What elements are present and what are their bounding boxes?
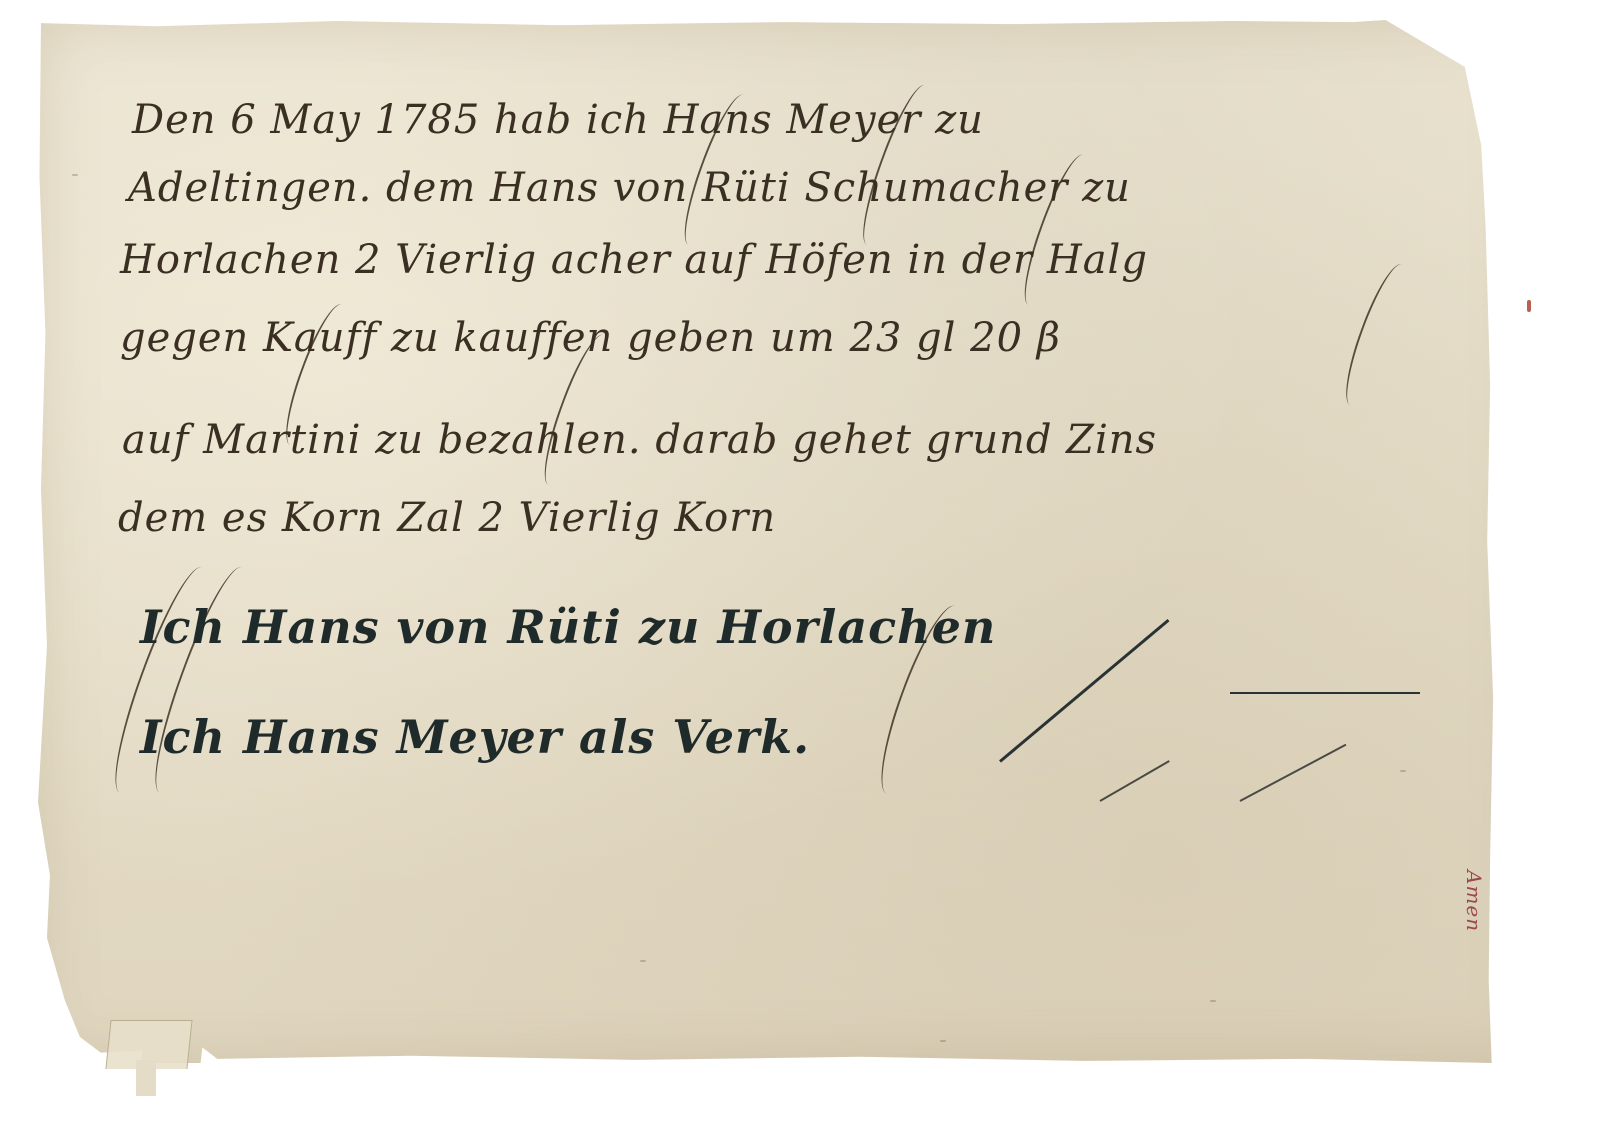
paper-speck: [1210, 1000, 1216, 1002]
paper-tab: [136, 1060, 156, 1096]
signature-buyer: Ich Hans von Rüti zu Horlachen: [140, 600, 996, 654]
text-line-5: auf Martini zu bezahlen. darab gehet gru…: [122, 420, 1157, 460]
text-line-1: Den 6 May 1785 hab ich Hans Meyer zu: [132, 100, 984, 140]
margin-note: Amen: [1462, 870, 1486, 932]
paper-speck: [1400, 770, 1406, 772]
text-line-2: Adeltingen. dem Hans von Rüti Schumacher…: [128, 168, 1131, 208]
paper-speck: [940, 1040, 946, 1042]
signature-flourish: [1230, 692, 1420, 694]
text-line-3: Horlachen 2 Vierlig acher auf Höfen in d…: [120, 240, 1148, 280]
paper-speck: [640, 960, 646, 962]
paper-speck: [72, 174, 78, 176]
text-line-6: dem es Korn Zal 2 Vierlig Korn: [118, 498, 776, 538]
signature-seller: Ich Hans Meyer als Verk.: [140, 710, 810, 764]
text-line-4: gegen Kauff zu kauffen geben um 23 gl 20…: [120, 318, 1061, 358]
red-ink-mark: [1527, 300, 1531, 312]
